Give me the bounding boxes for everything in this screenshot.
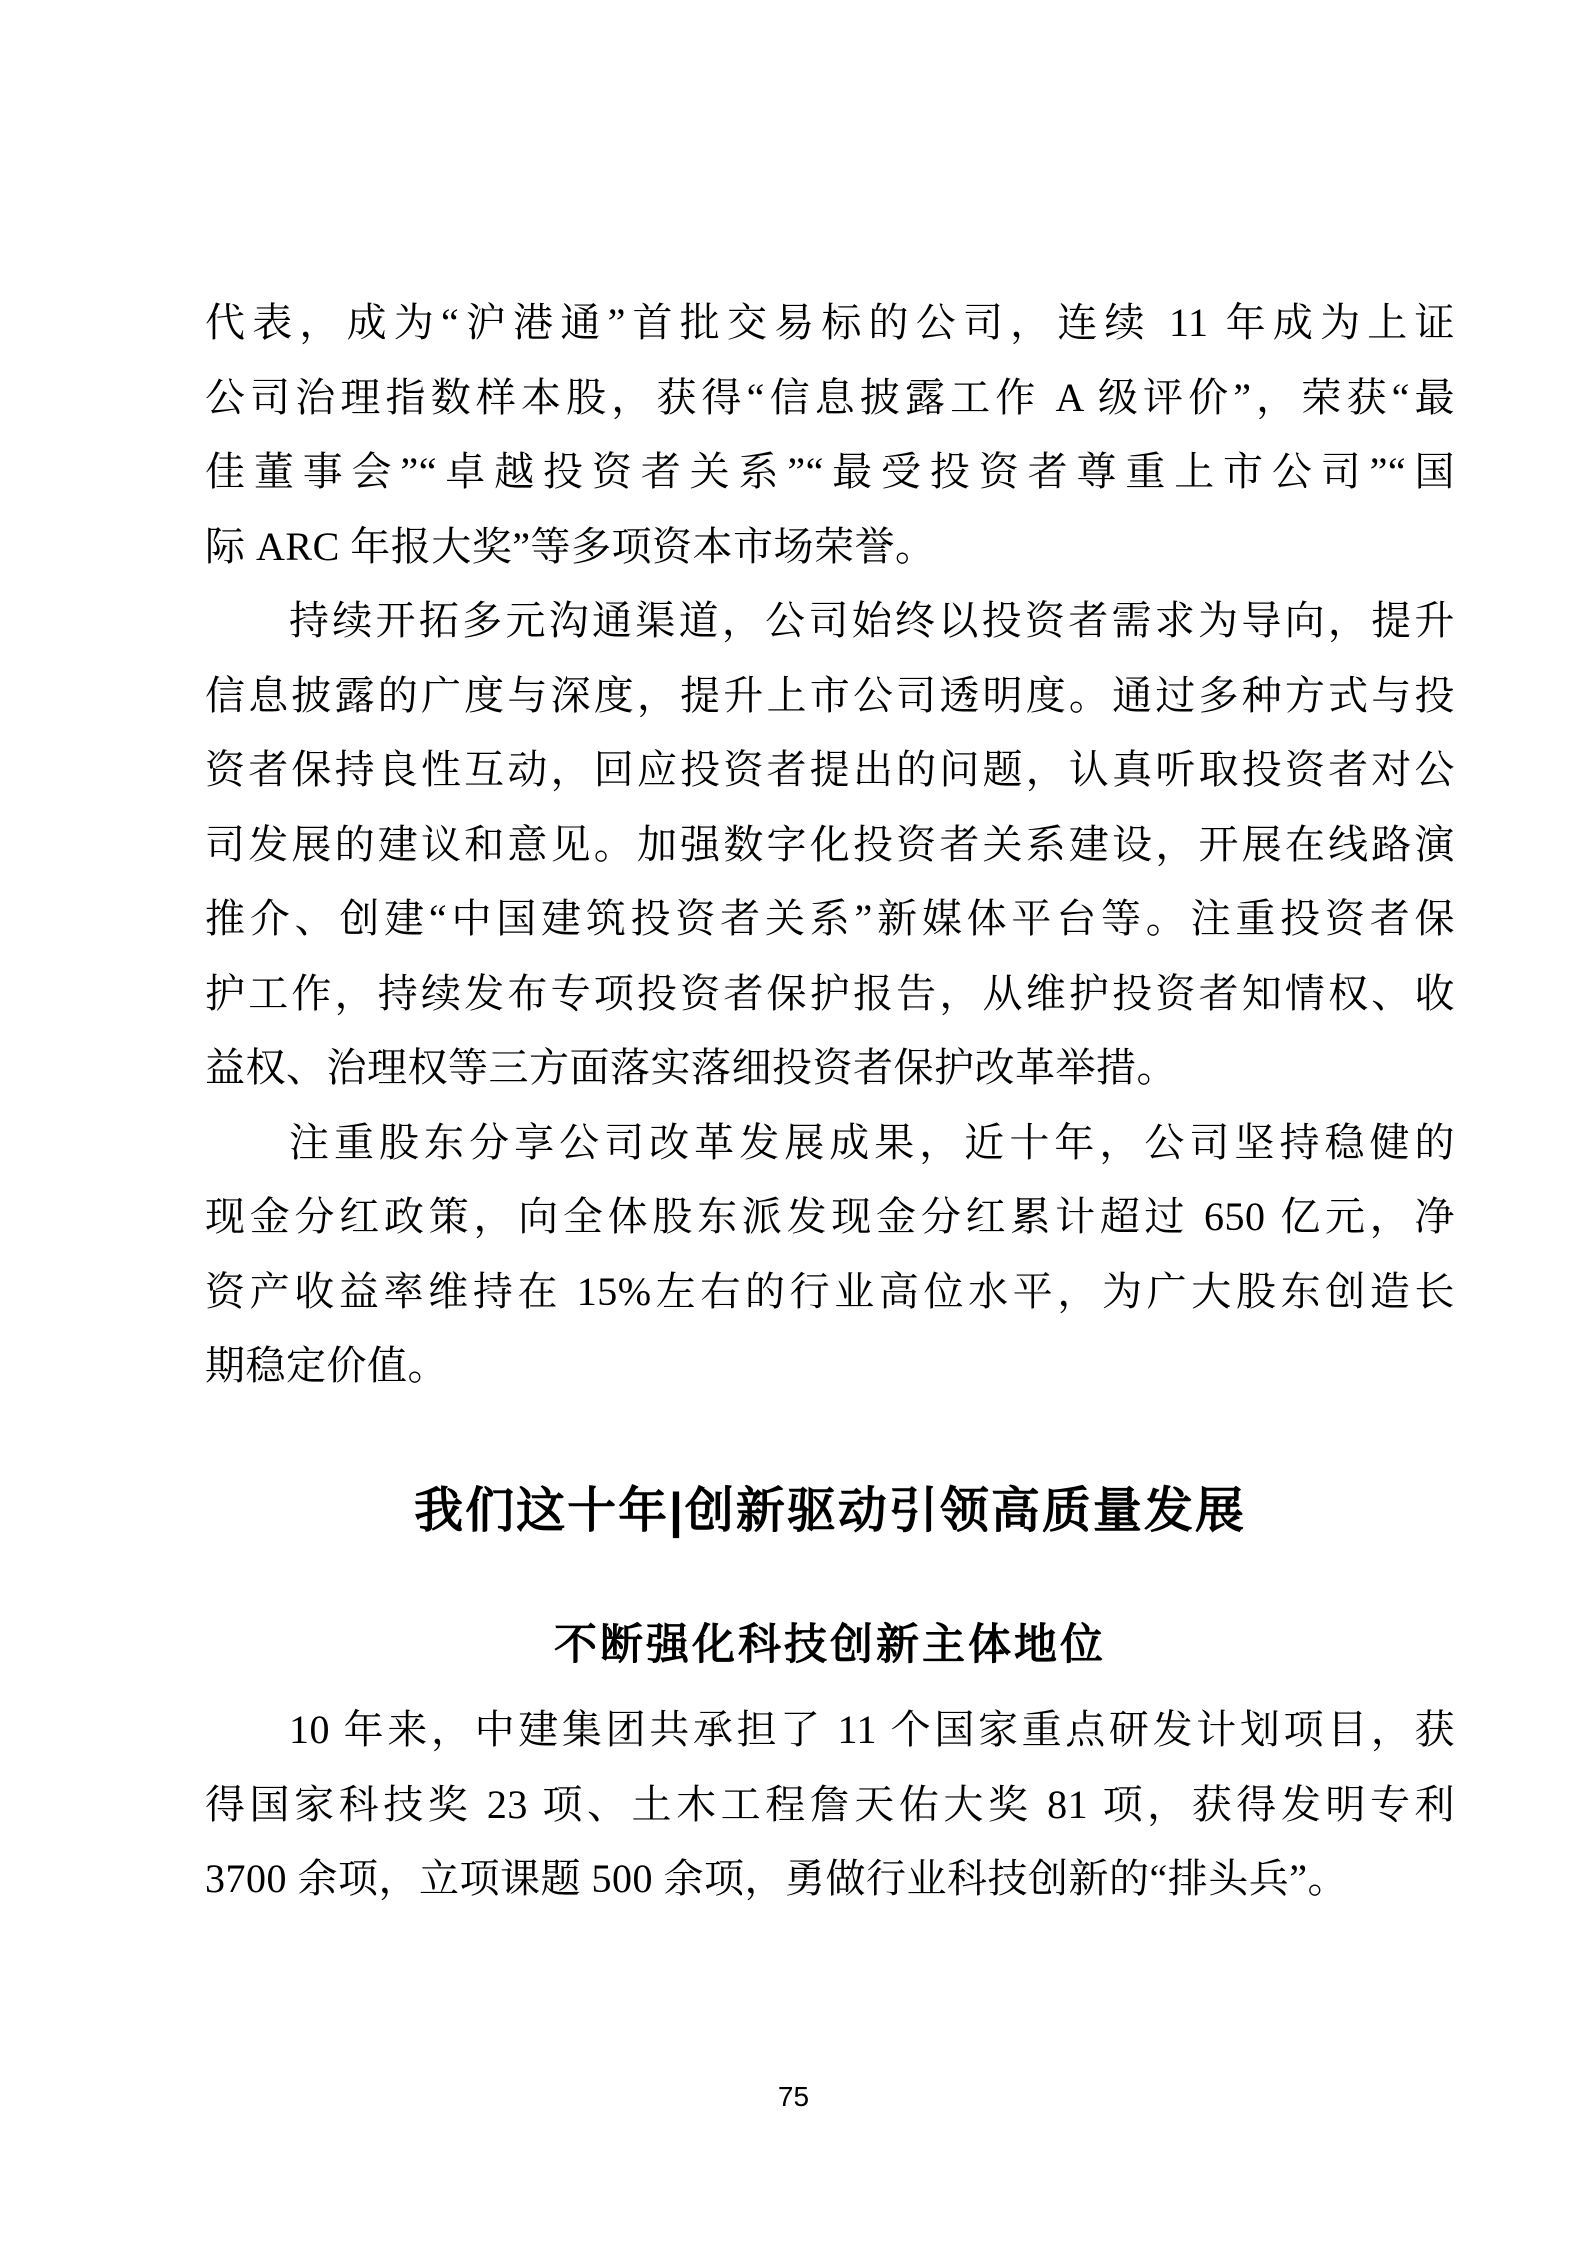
text-line: 际 ARC 年报大奖”等多项资本市场荣誉。 [205,510,1455,585]
text-line: 10 年来，中建集团共承担了 11 个国家重点研发计划项目，获 [205,1693,1455,1768]
text-line: 现金分红政策，向全体股东派发现金分红累计超过 650 亿元，净 [205,1180,1455,1255]
text-line: 持续开拓多元沟通渠道，公司始终以投资者需求为导向，提升 [205,584,1455,659]
text-line: 资者保持良性互动，回应投资者提出的问题，认真听取投资者对公 [205,733,1455,808]
text-line: 信息披露的广度与深度，提升上市公司透明度。通过多种方式与投 [205,659,1455,734]
text-line: 3700 余项，立项课题 500 余项，勇做行业科技创新的“排头兵”。 [205,1842,1455,1917]
text-line: 资产收益率维持在 15%左右的行业高位水平，为广大股东创造长 [205,1255,1455,1330]
body-text-continued-block: 10 年来，中建集团共承担了 11 个国家重点研发计划项目，获得国家科技奖 23… [205,1693,1455,1917]
text-line: 得国家科技奖 23 项、土木工程詹天佑大奖 81 项，获得发明专利 [205,1768,1455,1843]
text-line: 益权、治理权等三方面落实落细投资者保护改革举措。 [205,1031,1455,1106]
text-line: 护工作，持续发布专项投资者保护报告，从维护投资者知情权、收 [205,957,1455,1032]
text-line: 推介、创建“中国建筑投资者关系”新媒体平台等。注重投资者保 [205,882,1455,957]
page-number: 75 [0,2080,1587,2114]
subsection-heading: 不断强化科技创新主体地位 [205,1613,1455,1677]
text-line: 公司治理指数样本股，获得“信息披露工作 A 级评价”，荣获“最 [205,361,1455,436]
text-line: 司发展的建议和意见。加强数字化投资者关系建设，开展在线路演 [205,808,1455,883]
text-line: 期稳定价值。 [205,1329,1455,1404]
text-line: 注重股东分享公司改革发展成果，近十年，公司坚持稳健的 [205,1106,1455,1181]
body-text-block: 代表，成为“沪港通”首批交易标的公司，连续 11 年成为上证公司治理指数样本股，… [205,286,1455,1404]
section-heading: 我们这十年|创新驱动引领高质量发展 [205,1471,1455,1551]
text-line: 代表，成为“沪港通”首批交易标的公司，连续 11 年成为上证 [205,286,1455,361]
document-page: 代表，成为“沪港通”首批交易标的公司，连续 11 年成为上证公司治理指数样本股，… [0,0,1587,2245]
text-line: 佳董事会”“卓越投资者关系”“最受投资者尊重上市公司”“国 [205,435,1455,510]
